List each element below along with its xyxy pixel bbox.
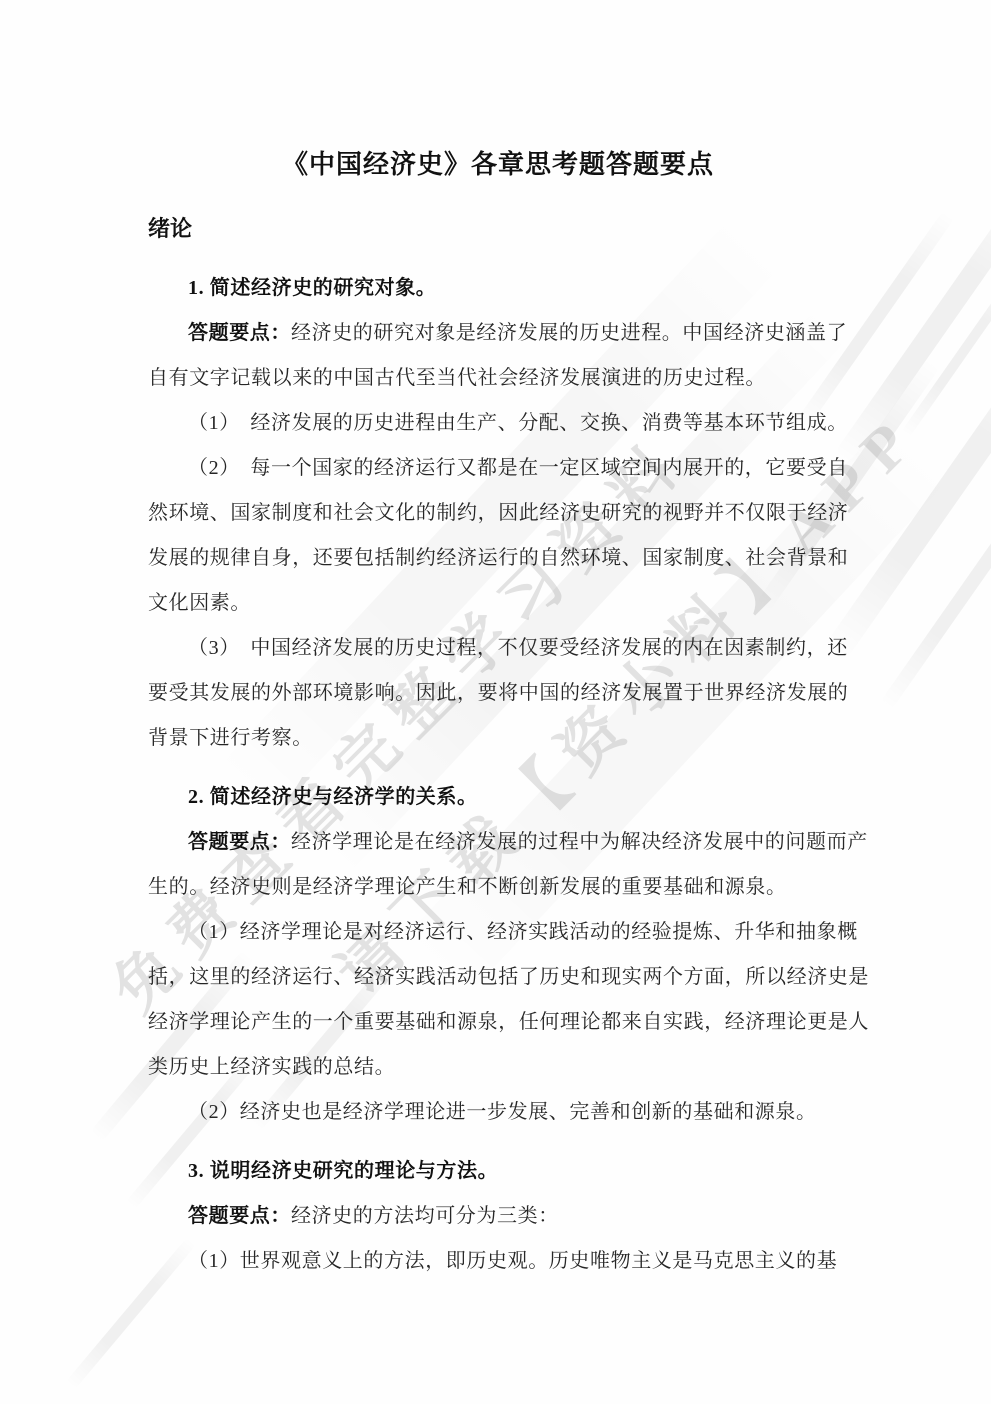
h1-text: 绪论 (148, 206, 848, 252)
text-segment: 生的。经济史则是经济学理论产生和不断创新发展的重要基础和源泉。 (148, 876, 787, 898)
text-segment: 《中国经济史》各章思考题答题要点 (282, 150, 714, 179)
text-line: 经济学理论产生的一个重要基础和源泉，任何理论都来自实践，经济理论更是人 (148, 1000, 848, 1045)
text-segment: 经济学理论产生的一个重要基础和源泉，任何理论都来自实践，经济理论更是人 (148, 1011, 869, 1033)
text-line: 答题要点：经济学理论是在经济发展的过程中为解决经济发展中的问题而产 (148, 820, 848, 865)
text-segment: 背景下进行考察。 (148, 727, 313, 749)
text-segment: 经济史的研究对象是经济发展的历史进程。中国经济史涵盖了 (291, 322, 847, 344)
text-segment: 答题要点： (188, 831, 291, 853)
text-line: 类历史上经济实践的总结。 (148, 1045, 848, 1090)
text-line: 背景下进行考察。 (148, 716, 848, 761)
document-content: 《中国经济史》各章思考题答题要点绪论1. 简述经济史的研究对象。答题要点：经济史… (148, 140, 848, 1284)
document-page: 免费查看完整学习资料 请下载【资小料】APP 《中国经济史》各章思考题答题要点绪… (0, 0, 991, 1404)
text-segment: （2）经济史也是经济学理论进一步发展、完善和创新的基础和源泉。 (188, 1101, 817, 1123)
text-segment: 发展的规律自身，还要包括制约经济运行的自然环境、国家制度、社会背景和 (148, 547, 848, 569)
text-line: （2） 每一个国家的经济运行又都是在一定区域空间内展开的，它要受自 (148, 446, 848, 491)
text-line: （1）世界观意义上的方法，即历史观。历史唯物主义是马克思主义的基 (148, 1239, 848, 1284)
text-segment: （1）经济学理论是对经济运行、经济实践活动的经验提炼、升华和抽象概 (188, 921, 858, 943)
text-line: （1） 经济发展的历史进程由生产、分配、交换、消费等基本环节组成。 (148, 401, 848, 446)
text-line: 发展的规律自身，还要包括制约经济运行的自然环境、国家制度、社会背景和 (148, 536, 848, 581)
question-text: 3. 说明经济史研究的理论与方法。 (148, 1149, 848, 1194)
text-line: 答题要点：经济史的研究对象是经济发展的历史进程。中国经济史涵盖了 (148, 311, 848, 356)
text-segment: 然环境、国家制度和社会文化的制约，因此经济史研究的视野并不仅限于经济 (148, 502, 848, 524)
question-text: 2. 简述经济史与经济学的关系。 (148, 775, 848, 820)
text-line: （1）经济学理论是对经济运行、经济实践活动的经验提炼、升华和抽象概 (148, 910, 848, 955)
title-text: 《中国经济史》各章思考题答题要点 (148, 140, 848, 190)
text-segment: （1）世界观意义上的方法，即历史观。历史唯物主义是马克思主义的基 (188, 1250, 837, 1272)
text-segment: 3. 说明经济史研究的理论与方法。 (188, 1160, 498, 1182)
question-text: 1. 简述经济史的研究对象。 (148, 266, 848, 311)
text-segment: 自有文字记载以来的中国古代至当代社会经济发展演进的历史过程。 (148, 367, 766, 389)
text-segment: 1. 简述经济史的研究对象。 (188, 277, 436, 299)
text-line: 答题要点：经济史的方法均可分为三类： (148, 1194, 848, 1239)
text-segment: 答题要点： (188, 322, 291, 344)
text-segment: 2. 简述经济史与经济学的关系。 (188, 786, 478, 808)
text-segment: 文化因素。 (148, 592, 251, 614)
text-segment: 经济学理论是在经济发展的过程中为解决经济发展中的问题而产 (291, 831, 868, 853)
text-line: （2）经济史也是经济学理论进一步发展、完善和创新的基础和源泉。 (148, 1090, 848, 1135)
text-segment: 绪论 (148, 216, 192, 241)
text-segment: （3） 中国经济发展的历史过程，不仅要受经济发展的内在因素制约，还 (188, 637, 848, 659)
text-line: （3） 中国经济发展的历史过程，不仅要受经济发展的内在因素制约，还 (148, 626, 848, 671)
text-segment: 答题要点： (188, 1205, 291, 1227)
text-segment: 类历史上经济实践的总结。 (148, 1056, 395, 1078)
text-segment: 经济史的方法均可分为三类： (291, 1205, 559, 1227)
text-line: 括，这里的经济运行、经济实践活动包括了历史和现实两个方面，所以经济史是 (148, 955, 848, 1000)
text-segment: 括，这里的经济运行、经济实践活动包括了历史和现实两个方面，所以经济史是 (148, 966, 869, 988)
text-line: 自有文字记载以来的中国古代至当代社会经济发展演进的历史过程。 (148, 356, 848, 401)
text-segment: （2） 每一个国家的经济运行又都是在一定区域空间内展开的，它要受自 (188, 457, 848, 479)
text-line: 要受其发展的外部环境影响。因此，要将中国的经济发展置于世界经济发展的 (148, 671, 848, 716)
text-line: 然环境、国家制度和社会文化的制约，因此经济史研究的视野并不仅限于经济 (148, 491, 848, 536)
text-segment: （1） 经济发展的历史进程由生产、分配、交换、消费等基本环节组成。 (188, 412, 848, 434)
text-line: 文化因素。 (148, 581, 848, 626)
text-line: 生的。经济史则是经济学理论产生和不断创新发展的重要基础和源泉。 (148, 865, 848, 910)
text-segment: 要受其发展的外部环境影响。因此，要将中国的经济发展置于世界经济发展的 (148, 682, 848, 704)
